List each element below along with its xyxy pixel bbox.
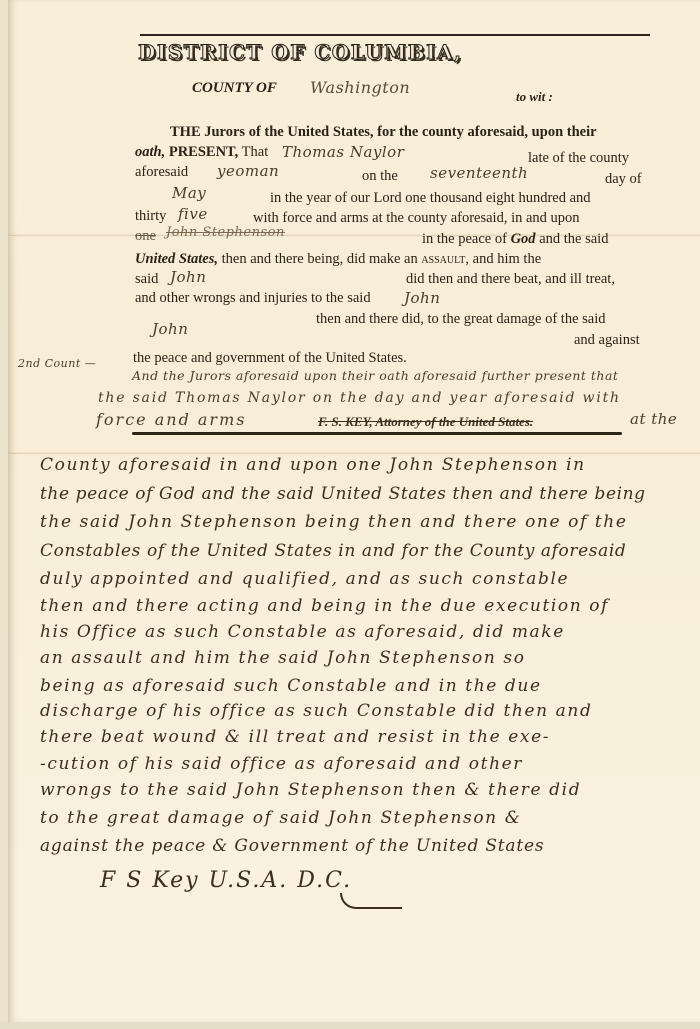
said-name-2: John xyxy=(404,289,440,307)
body-line-13: wrongs to the said John Stephenson then … xyxy=(40,780,581,800)
form-line-2: oath, PRESENT, That xyxy=(135,144,268,161)
form-line-12: the peace and government of the United S… xyxy=(133,350,407,367)
form-line-1-text: THE Jurors of the United States, for the… xyxy=(170,124,597,140)
body-line-8: an assault and him the said John Stephen… xyxy=(40,648,526,668)
second-count-line-2: the said Thomas Naylor on the day and ye… xyxy=(98,390,621,406)
second-count-line-3: force and arms xyxy=(96,410,246,429)
struck-victim-name: John Stephenson xyxy=(166,225,285,240)
document-title: DISTRICT OF COLUMBIA, xyxy=(138,40,462,64)
form-line-4: in the year of our Lord one thousand eig… xyxy=(270,190,591,207)
paper-left-edge xyxy=(0,0,8,1029)
second-count-label: 2nd Count — xyxy=(18,357,96,370)
present-word: PRESENT, xyxy=(169,144,238,160)
attorney-line-struck: F. S. KEY, Attorney of the United States… xyxy=(318,414,533,430)
paper-bottom-edge xyxy=(0,1022,700,1029)
to-wit: to wit : xyxy=(516,89,553,105)
body-line-11: there beat wound & ill treat and resist … xyxy=(40,727,550,747)
form-line-3-end: day of xyxy=(605,171,642,188)
defendant-name: Thomas Naylor xyxy=(282,143,404,161)
body-line-15: against the peace & Government of the Un… xyxy=(40,836,544,856)
and-the-said: and the said xyxy=(539,231,608,247)
united-states-word: United States, xyxy=(135,251,218,267)
and-him-the: and him the xyxy=(473,251,541,267)
body-line-3: the said John Stephenson being then and … xyxy=(40,512,628,532)
body-line-14: to the great damage of said John Stephen… xyxy=(40,808,521,828)
form-line-5-end: with force and arms at the county afores… xyxy=(253,210,580,227)
signature: F S Key U.S.A. D.C. xyxy=(100,868,352,893)
god-word: God xyxy=(511,231,536,247)
form-line-8-end: did then and there beat, and ill treat, xyxy=(406,271,615,288)
form-line-10: then and there did, to the great damage … xyxy=(316,311,606,328)
occupation: yeoman xyxy=(217,162,279,180)
county-label: COUNTY OF xyxy=(192,80,277,97)
form-line-9: and other wrongs and injuries to the sai… xyxy=(135,290,371,307)
form-line-5-start: thirty xyxy=(135,208,166,225)
form-line-6-start: one xyxy=(135,228,156,245)
form-line-8-start: said xyxy=(135,271,158,288)
body-line-7: his Office as such Constable as aforesai… xyxy=(40,622,565,642)
signature-flourish xyxy=(340,893,402,909)
then-and-there: then and there being, did make an xyxy=(222,251,418,267)
second-count-line-4: at the xyxy=(630,410,677,428)
body-line-6: then and there acting and being in the d… xyxy=(40,596,609,616)
oath-word: oath, xyxy=(135,144,165,160)
header-rule xyxy=(140,34,650,36)
said-name-3: John xyxy=(152,320,188,338)
form-line-11: and against xyxy=(574,332,640,349)
body-line-2: the peace of God and the said United Sta… xyxy=(40,484,646,504)
form-line-3-mid: on the xyxy=(362,168,398,185)
day-value: seventeenth xyxy=(430,164,528,182)
form-bottom-rule xyxy=(132,432,622,435)
body-line-10: discharge of his office as such Constabl… xyxy=(40,701,592,721)
body-line-4: Constables of the United States in and f… xyxy=(40,541,626,561)
month-value: May xyxy=(172,184,206,202)
body-line-12: -cution of his said office as aforesaid … xyxy=(40,754,523,774)
county-value: Washington xyxy=(310,78,410,97)
second-count-line-1: And the Jurors aforesaid upon their oath… xyxy=(132,368,618,383)
form-line-1: THE Jurors of the United States, for the… xyxy=(170,124,597,141)
form-line-3-start: aforesaid xyxy=(135,164,188,181)
said-name-1: John xyxy=(170,268,206,286)
form-line-6: in the peace of God and the said xyxy=(422,231,608,248)
peace-of: in the peace of xyxy=(422,231,507,247)
body-line-5: duly appointed and qualified, and as suc… xyxy=(40,569,569,589)
form-line-7: United States, then and there being, did… xyxy=(135,251,541,268)
year-suffix: five xyxy=(178,205,208,223)
that-word: That xyxy=(242,144,269,160)
assault-word: assault, xyxy=(421,251,469,267)
body-line-1: County aforesaid in and upon one John St… xyxy=(40,455,586,475)
form-line-2-end: late of the county xyxy=(528,150,629,167)
body-line-9: being as aforesaid such Constable and in… xyxy=(40,676,542,696)
